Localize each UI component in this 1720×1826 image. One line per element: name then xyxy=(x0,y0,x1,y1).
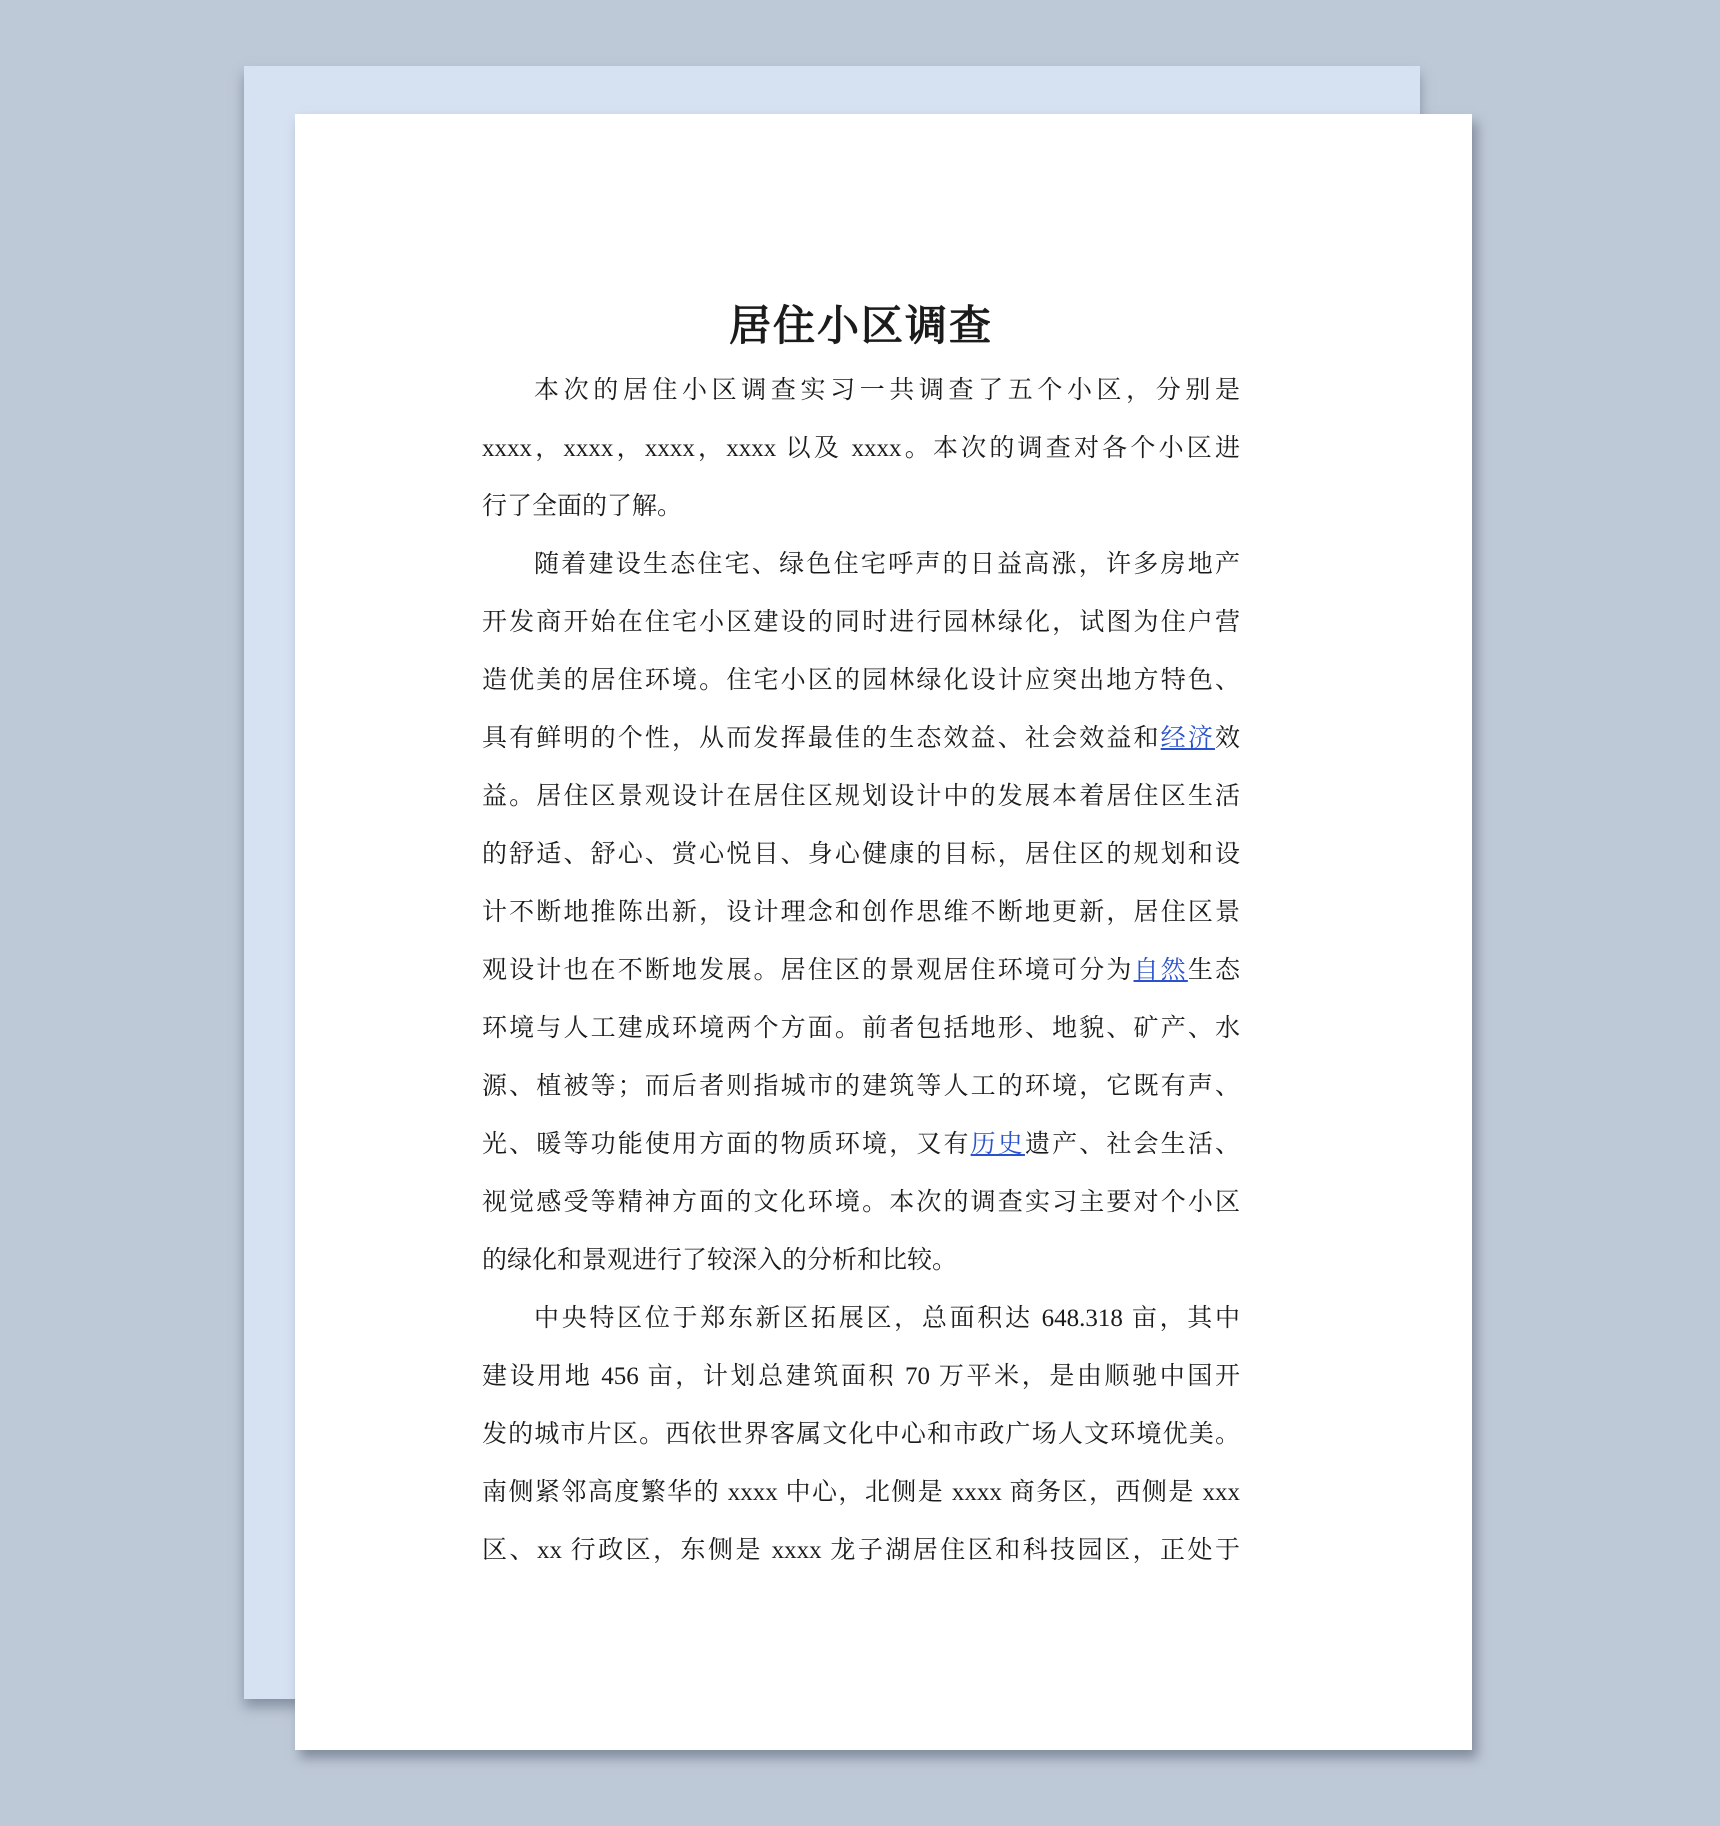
text-line: 源、植被等；而后者则指城市的建筑等人工的环境，它既有声、 xyxy=(482,1058,1240,1116)
text-segment: 区、xx 行政区，东侧是 xxxx 龙子湖居住区和科技园区，正处于 xyxy=(482,1537,1240,1564)
text-line: 环境与人工建成环境两个方面。前者包括地形、地貌、矿产、水 xyxy=(482,1000,1240,1058)
text-line: 的舒适、舒心、赏心悦目、身心健康的目标，居住区的规划和设 xyxy=(482,826,1240,884)
inline-link[interactable]: 自然 xyxy=(1134,957,1188,984)
text-segment: xxxx，xxxx，xxxx，xxxx 以及 xxxx。本次的调查对各个小区进 xyxy=(482,435,1240,462)
text-line: 视觉感受等精神方面的文化环境。本次的调查实习主要对个小区 xyxy=(482,1174,1240,1232)
text-segment: 南侧紧邻高度繁华的 xxxx 中心，北侧是 xxxx 商务区，西侧是 xxx xyxy=(482,1479,1240,1506)
text-segment: 的绿化和景观进行了较深入的分析和比较。 xyxy=(482,1247,957,1274)
text-line: 区、xx 行政区，东侧是 xxxx 龙子湖居住区和科技园区，正处于 xyxy=(482,1522,1240,1580)
text-line: 开发商开始在住宅小区建设的同时进行园林绿化，试图为住户营 xyxy=(482,594,1240,652)
text-line: 具有鲜明的个性，从而发挥最佳的生态效益、社会效益和经济效 xyxy=(482,710,1240,768)
text-segment: 发的城市片区。西依世界客属文化中心和市政广场人文环境优美。 xyxy=(482,1421,1240,1448)
text-line: 造优美的居住环境。住宅小区的园林绿化设计应突出地方特色、 xyxy=(482,652,1240,710)
text-line: xxxx，xxxx，xxxx，xxxx 以及 xxxx。本次的调查对各个小区进 xyxy=(482,420,1240,478)
inline-link[interactable]: 经济 xyxy=(1161,725,1215,752)
text-segment: 生态 xyxy=(1188,957,1240,984)
text-line: 建设用地 456 亩，计划总建筑面积 70 万平米，是由顺驰中国开 xyxy=(482,1348,1240,1406)
text-segment: 中央特区位于郑东新区拓展区，总面积达 648.318 亩，其中 xyxy=(534,1305,1240,1332)
text-segment: 效 xyxy=(1215,725,1240,752)
text-line: 本次的居住小区调查实习一共调查了五个小区，分别是 xyxy=(482,362,1240,420)
text-line: 行了全面的了解。 xyxy=(482,478,1240,536)
text-segment: 遗产、社会生活、 xyxy=(1025,1131,1240,1158)
text-segment: 视觉感受等精神方面的文化环境。本次的调查实习主要对个小区 xyxy=(482,1189,1240,1216)
text-segment: 行了全面的了解。 xyxy=(482,493,682,520)
page-background: 居住小区调查 本次的居住小区调查实习一共调查了五个小区，分别是xxxx，xxxx… xyxy=(0,0,1720,1826)
text-segment: 的舒适、舒心、赏心悦目、身心健康的目标，居住区的规划和设 xyxy=(482,841,1240,868)
text-line: 中央特区位于郑东新区拓展区，总面积达 648.318 亩，其中 xyxy=(482,1290,1240,1348)
text-segment: 计不断地推陈出新，设计理念和创作思维不断地更新，居住区景 xyxy=(482,899,1240,926)
text-line: 随着建设生态住宅、绿色住宅呼声的日益高涨，许多房地产 xyxy=(482,536,1240,594)
text-segment: 具有鲜明的个性，从而发挥最佳的生态效益、社会效益和 xyxy=(482,725,1161,752)
text-line: 南侧紧邻高度繁华的 xxxx 中心，北侧是 xxxx 商务区，西侧是 xxx xyxy=(482,1464,1240,1522)
text-segment: 造优美的居住环境。住宅小区的园林绿化设计应突出地方特色、 xyxy=(482,667,1240,694)
text-body: 居住小区调查 本次的居住小区调查实习一共调查了五个小区，分别是xxxx，xxxx… xyxy=(482,295,1240,1580)
text-segment: 开发商开始在住宅小区建设的同时进行园林绿化，试图为住户营 xyxy=(482,609,1240,636)
text-segment: 随着建设生态住宅、绿色住宅呼声的日益高涨，许多房地产 xyxy=(534,551,1240,578)
text-segment: 益。居住区景观设计在居住区规划设计中的发展本着居住区生活 xyxy=(482,783,1240,810)
text-line: 的绿化和景观进行了较深入的分析和比较。 xyxy=(482,1232,1240,1290)
text-line: 益。居住区景观设计在居住区规划设计中的发展本着居住区生活 xyxy=(482,768,1240,826)
document-title: 居住小区调查 xyxy=(482,295,1240,359)
text-line: 观设计也在不断地发展。居住区的景观居住环境可分为自然生态 xyxy=(482,942,1240,1000)
text-line: 光、暖等功能使用方面的物质环境，又有历史遗产、社会生活、 xyxy=(482,1116,1240,1174)
text-segment: 建设用地 456 亩，计划总建筑面积 70 万平米，是由顺驰中国开 xyxy=(482,1363,1240,1390)
text-segment: 环境与人工建成环境两个方面。前者包括地形、地貌、矿产、水 xyxy=(482,1015,1240,1042)
inline-link[interactable]: 历史 xyxy=(971,1131,1025,1158)
text-segment: 源、植被等；而后者则指城市的建筑等人工的环境，它既有声、 xyxy=(482,1073,1240,1100)
document-sheet: 居住小区调查 本次的居住小区调查实习一共调查了五个小区，分别是xxxx，xxxx… xyxy=(295,114,1472,1750)
text-line: 发的城市片区。西依世界客属文化中心和市政广场人文环境优美。 xyxy=(482,1406,1240,1464)
text-line: 计不断地推陈出新，设计理念和创作思维不断地更新，居住区景 xyxy=(482,884,1240,942)
text-segment: 本次的居住小区调查实习一共调查了五个小区，分别是 xyxy=(534,377,1240,404)
text-segment: 观设计也在不断地发展。居住区的景观居住环境可分为 xyxy=(482,957,1134,984)
text-segment: 光、暖等功能使用方面的物质环境，又有 xyxy=(482,1131,971,1158)
